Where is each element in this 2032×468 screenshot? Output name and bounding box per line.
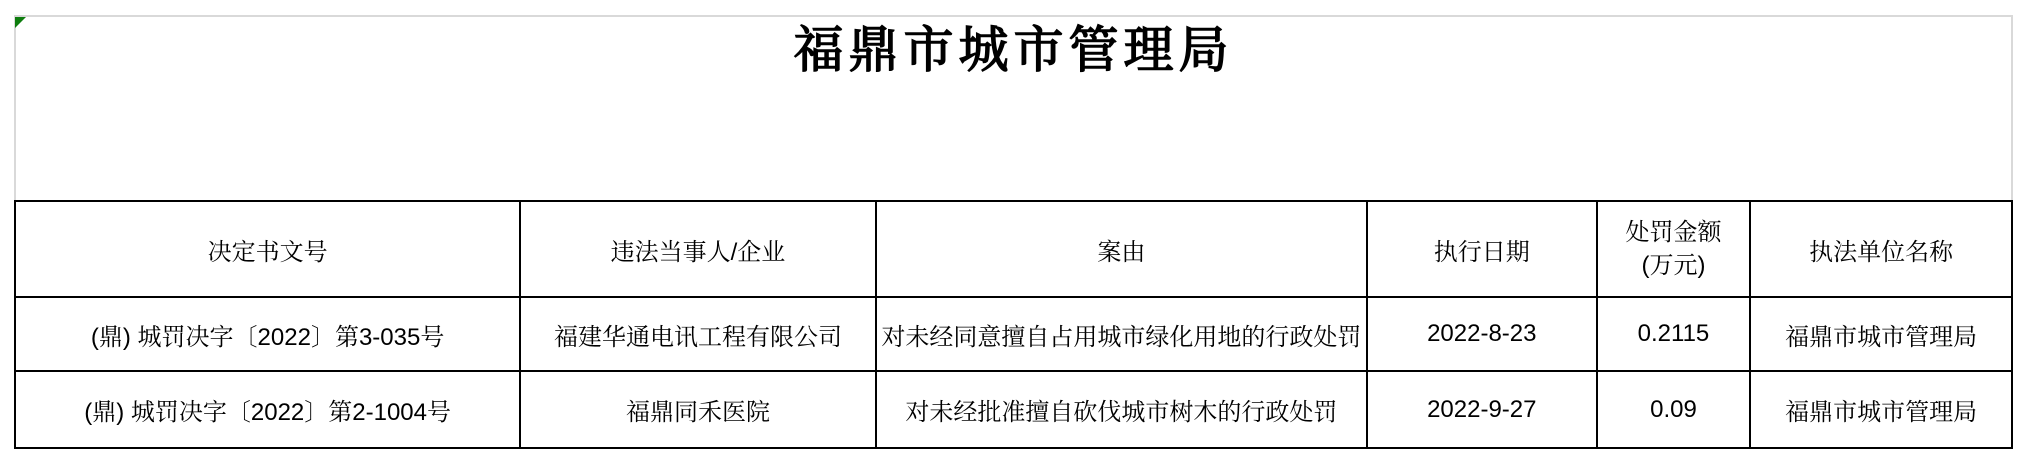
cell-offending-party[interactable]: 福建华通电讯工程有限公司 — [520, 297, 875, 371]
header-decision-number[interactable]: 决定书文号 — [15, 201, 520, 297]
header-label: 案由 — [1097, 239, 1145, 266]
penalty-table: 决定书文号 违法当事人/企业 案由 执行日期 处罚金额 (万元) 执法单位名称 — [14, 200, 2013, 449]
spreadsheet-view: 福鼎市城市管理局 决定书文号 违法当事人/企业 案由 执行日期 — [0, 0, 2032, 468]
table-row: (鼎) 城罚决字〔2022〕第3-035号 福建华通电讯工程有限公司 对未经同意… — [15, 297, 2012, 371]
sheet-title[interactable]: 福鼎市城市管理局 — [14, 22, 2013, 78]
header-execution-date[interactable]: 执行日期 — [1367, 201, 1597, 297]
cell-offending-party[interactable]: 福鼎同禾医院 — [520, 371, 875, 448]
header-offending-party[interactable]: 违法当事人/企业 — [520, 201, 875, 297]
cell-execution-date[interactable]: 2022-8-23 — [1367, 297, 1597, 371]
table-row: (鼎) 城罚决字〔2022〕第2-1004号 福鼎同禾医院 对未经批准擅自砍伐城… — [15, 371, 2012, 448]
header-label: 违法当事人/企业 — [611, 239, 786, 266]
table-header-row: 决定书文号 违法当事人/企业 案由 执行日期 处罚金额 (万元) 执法单位名称 — [15, 201, 2012, 297]
header-enforcement-unit[interactable]: 执法单位名称 — [1750, 201, 2012, 297]
cell-execution-date[interactable]: 2022-9-27 — [1367, 371, 1597, 448]
cell-enforcement-unit[interactable]: 福鼎市城市管理局 — [1750, 297, 2012, 371]
cell-decision-number[interactable]: (鼎) 城罚决字〔2022〕第2-1004号 — [15, 371, 520, 448]
header-label: 决定书文号 — [208, 239, 328, 266]
cell-penalty-amount[interactable]: 0.09 — [1597, 371, 1751, 448]
header-label: 执行日期 — [1434, 239, 1530, 266]
cell-decision-number[interactable]: (鼎) 城罚决字〔2022〕第3-035号 — [15, 297, 520, 371]
cell-penalty-amount[interactable]: 0.2115 — [1597, 297, 1751, 371]
gridline-top — [14, 15, 2013, 17]
header-label-line1: 处罚金额 — [1602, 216, 1746, 249]
header-penalty-amount[interactable]: 处罚金额 (万元) — [1597, 201, 1751, 297]
header-label: 执法单位名称 — [1809, 239, 1953, 266]
header-label-line2: (万元) — [1602, 249, 1746, 282]
cell-case-cause[interactable]: 对未经批准擅自砍伐城市树木的行政处罚 — [876, 371, 1367, 448]
cell-case-cause[interactable]: 对未经同意擅自占用城市绿化用地的行政处罚 — [876, 297, 1367, 371]
cell-enforcement-unit[interactable]: 福鼎市城市管理局 — [1750, 371, 2012, 448]
header-case-cause[interactable]: 案由 — [876, 201, 1367, 297]
